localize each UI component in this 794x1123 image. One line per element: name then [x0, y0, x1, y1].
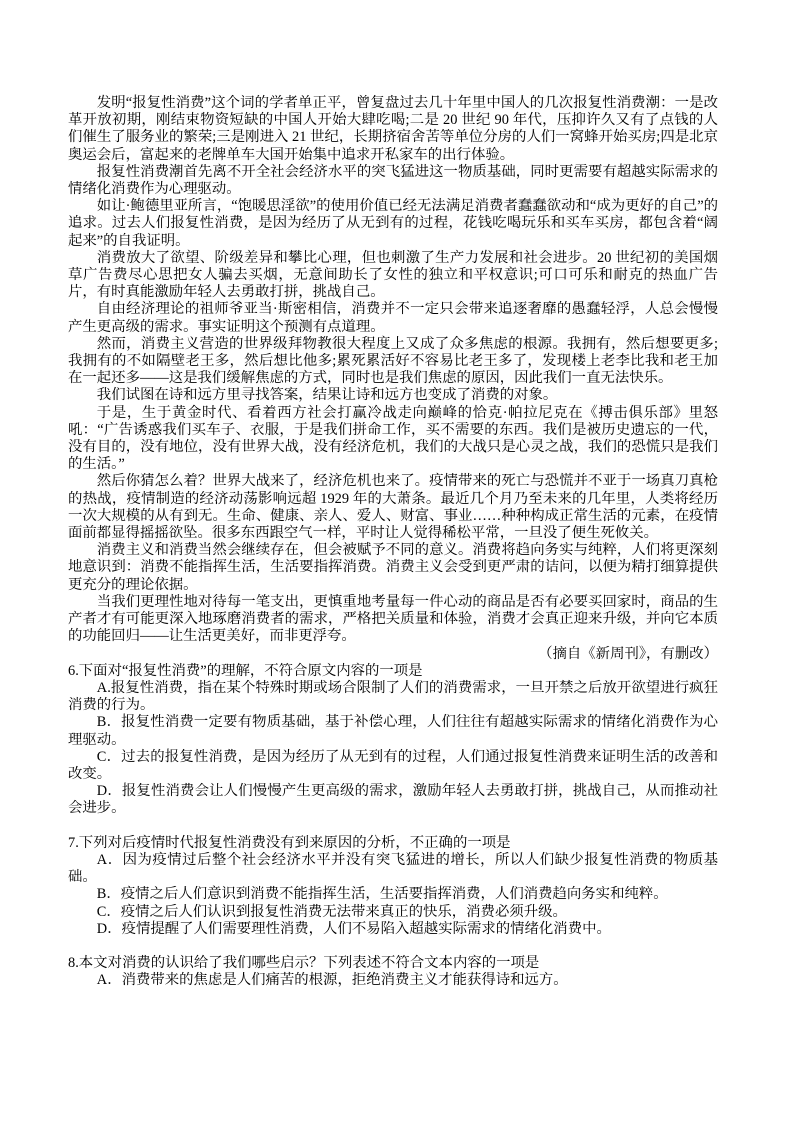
question-7-option-d: D．疫情提醒了人们需要理性消费，人们不易陷入超越实际需求的情绪化消费中。	[68, 921, 718, 938]
document-content: 发明“报复性消费”这个词的学者单正平，曾复盘过去几十年里中国人的几次报复性消费潮…	[68, 95, 718, 990]
passage-paragraph: 自由经济理论的祖师爷亚当·斯密相信，消费并不一定只会带来追逐奢靡的愚蠢轻浮，人总…	[68, 301, 718, 335]
question-8-stem: 8.本文对消费的认识给了我们哪些启示？下列表述不符合文本内容的一项是	[68, 955, 718, 972]
question-8: 8.本文对消费的认识给了我们哪些启示？下列表述不符合文本内容的一项是 A．消费带…	[68, 955, 718, 989]
question-6: 6.下面对“报复性消费”的理解，不符合原文内容的一项是 A.报复性消费，指在某个…	[68, 663, 718, 818]
passage-paragraph: 于是，生于黄金时代、看着西方社会打赢冷战走向巅峰的恰克·帕拉尼克在《搏击俱乐部》…	[68, 405, 718, 474]
passage-paragraph: 当我们更理性地对待每一笔支出，更慎重地考量每一件心动的商品是否有必要买回家时，商…	[68, 594, 718, 646]
question-6-stem: 6.下面对“报复性消费”的理解，不符合原文内容的一项是	[68, 663, 718, 680]
exam-document-page: 发明“报复性消费”这个词的学者单正平，曾复盘过去几十年里中国人的几次报复性消费潮…	[0, 0, 794, 1123]
question-7-option-b: B．疫情之后人们意识到消费不能指挥生活，生活要指挥消费，人们消费趋向务实和纯粹。	[68, 886, 718, 903]
question-6-option-b: B．报复性消费一定要有物质基础，基于补偿心理，人们往往有超越实际需求的情绪化消费…	[68, 714, 718, 748]
question-8-option-a: A．消费带来的焦虑是人们痛苦的根源，拒绝消费主义才能获得诗和远方。	[68, 972, 718, 989]
passage-paragraph: 然后你猜怎么着？世界大战来了，经济危机也来了。疫情带来的死亡与恐慌并不亚于一场真…	[68, 473, 718, 542]
question-6-option-a: A.报复性消费，指在某个特殊时期或场合限制了人们的消费需求，一旦开禁之后放开欲望…	[68, 680, 718, 714]
question-7-option-c: C．疫情之后人们认识到报复性消费无法带来真正的快乐，消费必须升级。	[68, 904, 718, 921]
passage-paragraph: 然而，消费主义营造的世界级拜物教很大程度上又成了众多焦虑的根源。我拥有，然后想要…	[68, 336, 718, 388]
passage-paragraph: 消费放大了欲望、阶级差异和攀比心理，但也刺激了生产力发展和社会进步。20 世纪初…	[68, 250, 718, 302]
passage-paragraph: 发明“报复性消费”这个词的学者单正平，曾复盘过去几十年里中国人的几次报复性消费潮…	[68, 95, 718, 164]
question-7-stem: 7.下列对后疫情时代报复性消费没有到来原因的分析，不正确的一项是	[68, 835, 718, 852]
passage-paragraph: 我们试图在诗和远方里寻找答案，结果让诗和远方也变成了消费的对象。	[68, 387, 718, 404]
question-6-option-d: D．报复性消费会让人们慢慢产生更高级的需求，激励年轻人去勇敢打拼，挑战自己，从而…	[68, 783, 718, 817]
passage-paragraph: 如让·鲍德里亚所言，“饱暖思淫欲”的使用价值已经无法满足消费者蠢蠢欲动和“成为更…	[68, 198, 718, 250]
question-7: 7.下列对后疫情时代报复性消费没有到来原因的分析，不正确的一项是 A．因为疫情过…	[68, 835, 718, 938]
question-7-option-a: A．因为疫情过后整个社会经济水平并没有突飞猛进的增长，所以人们缺少报复性消费的物…	[68, 852, 718, 886]
passage-attribution: （摘自《新周刊》，有删改）	[68, 646, 718, 663]
question-6-option-c: C．过去的报复性消费，是因为经历了从无到有的过程，人们通过报复性消费来证明生活的…	[68, 749, 718, 783]
passage-paragraph: 报复性消费潮首先离不开全社会经济水平的突飞猛进这一物质基础，同时更需要有超越实际…	[68, 164, 718, 198]
reading-passage: 发明“报复性消费”这个词的学者单正平，曾复盘过去几十年里中国人的几次报复性消费潮…	[68, 95, 718, 663]
passage-paragraph: 消费主义和消费当然会继续存在，但会被赋予不同的意义。消费将趋向务实与纯粹，人们将…	[68, 542, 718, 594]
